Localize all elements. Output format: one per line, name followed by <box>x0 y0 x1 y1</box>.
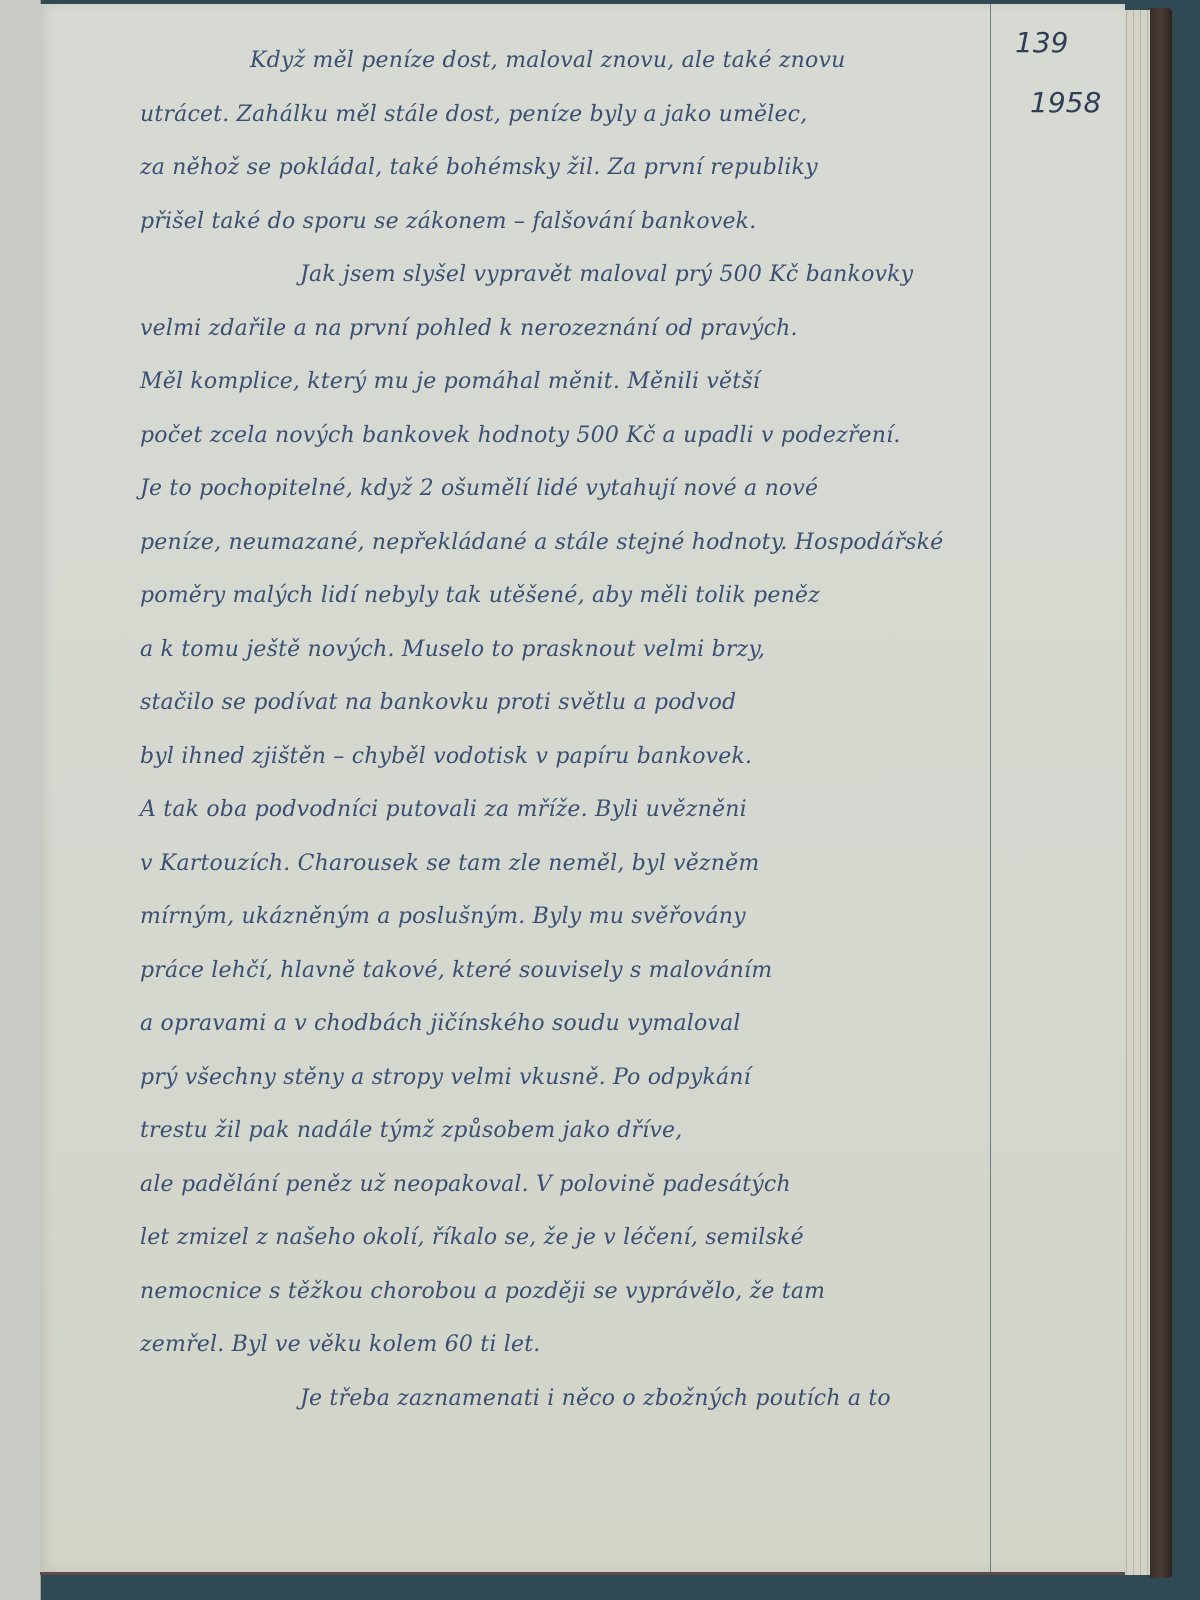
handwritten-line: za něhož se pokládal, také bohémsky žil.… <box>140 141 1000 195</box>
cover-edge <box>1150 8 1172 1578</box>
handwritten-line: Měl komplice, který mu je pomáhal měnit.… <box>140 355 1000 409</box>
handwritten-line: byl ihned zjištěn – chyběl vodotisk v pa… <box>140 730 1000 784</box>
handwritten-line: přišel také do sporu se zákonem – falšov… <box>140 195 1000 249</box>
handwritten-line: a opravami a v chodbách jičínského soudu… <box>140 997 1000 1051</box>
handwritten-line: Když měl peníze dost, maloval znovu, ale… <box>140 34 1000 88</box>
handwritten-line: počet zcela nových bankovek hodnoty 500 … <box>140 409 1000 463</box>
handwritten-text-block: Když měl peníze dost, maloval znovu, ale… <box>140 34 1000 1425</box>
handwritten-line: ale padělání peněz už neopakoval. V polo… <box>140 1158 1000 1212</box>
year-note: 1958 <box>1030 86 1101 119</box>
handwritten-line: zemřel. Byl ve věku kolem 60 ti let. <box>140 1318 1000 1372</box>
handwritten-line: mírným, ukázněným a poslušným. Byly mu s… <box>140 890 1000 944</box>
handwritten-line: peníze, neumazané, nepřekládané a stále … <box>140 516 1000 570</box>
handwritten-line: v Kartouzích. Charousek se tam zle neměl… <box>140 837 1000 891</box>
handwritten-line: poměry malých lidí nebyly tak utěšené, a… <box>140 569 1000 623</box>
handwritten-line: let zmizel z našeho okolí, říkalo se, že… <box>140 1211 1000 1265</box>
handwritten-line: utrácet. Zahálku měl stále dost, peníze … <box>140 88 1000 142</box>
handwritten-line: trestu žil pak nadále týmž způsobem jako… <box>140 1104 1000 1158</box>
handwritten-line: velmi zdařile a na první pohled k neroze… <box>140 302 1000 356</box>
handwritten-line: práce lehčí, hlavně takové, které souvis… <box>140 944 1000 998</box>
notebook-page: 139 1958 Když měl peníze dost, maloval z… <box>40 4 1125 1575</box>
handwritten-line: Jak jsem slyšel vypravět maloval prý 500… <box>140 248 1000 302</box>
handwritten-line: Je to pochopitelné, když 2 ošumělí lidé … <box>140 462 1000 516</box>
handwritten-line: a k tomu ještě nových. Muselo to praskno… <box>140 623 1000 677</box>
handwritten-line: stačilo se podívat na bankovku proti svě… <box>140 676 1000 730</box>
handwritten-line: nemocnice s těžkou chorobou a později se… <box>140 1265 1000 1319</box>
page-number: 139 <box>1015 26 1068 59</box>
handwritten-line: Je třeba zaznamenati i něco o zbožných p… <box>140 1372 1000 1426</box>
handwritten-line: prý všechny stěny a stropy velmi vkusně.… <box>140 1051 1000 1105</box>
left-page-edge <box>0 0 41 1600</box>
handwritten-line: A tak oba podvodníci putovali za mříže. … <box>140 783 1000 837</box>
